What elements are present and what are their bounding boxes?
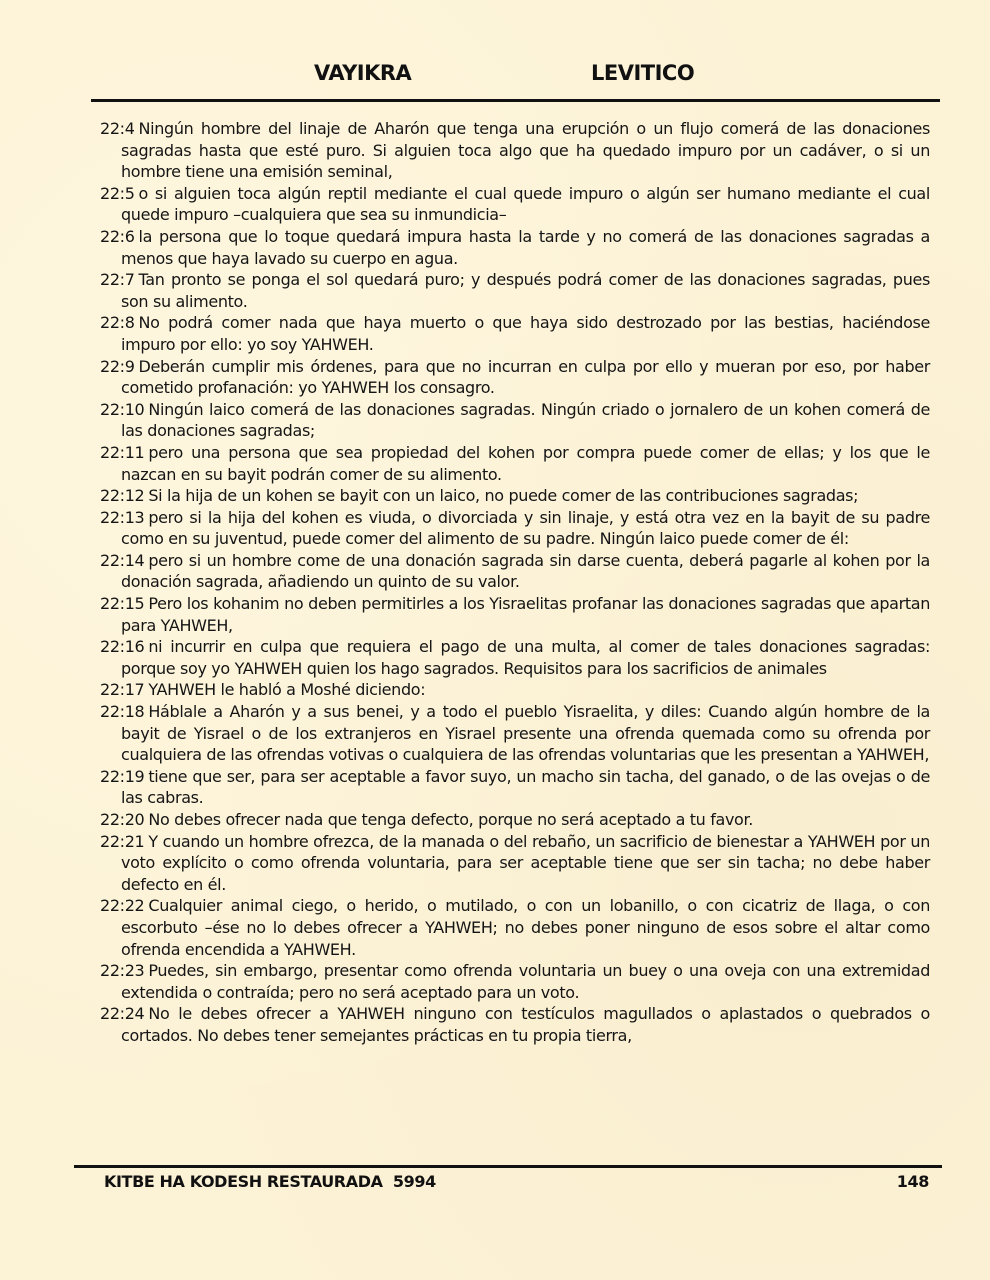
verse-number: 22:23 [100,961,144,980]
verse-22-24: 22:24No le debes ofrecer a YAHWEH ningun… [100,1003,930,1046]
verse-number: 22:15 [100,594,144,613]
verse-text: No le debes ofrecer a YAHWEH ninguno con… [121,1004,930,1045]
verse-22-19: 22:19tiene que ser, para ser aceptable a… [100,766,930,809]
verse-22-21: 22:21Y cuando un hombre ofrezca, de la m… [100,831,930,896]
verse-22-13: 22:13pero si la hija del kohen es viuda,… [100,507,930,550]
verse-text: Ningún laico comerá de las donaciones sa… [121,400,930,441]
verse-number: 22:16 [100,637,144,656]
verse-text: tiene que ser, para ser aceptable a favo… [121,767,930,808]
verse-number: 22:14 [100,551,144,570]
verse-22-14: 22:14pero si un hombre come de una donac… [100,550,930,593]
verse-number: 22:8 [100,313,135,332]
verse-number: 22:9 [100,357,135,376]
verse-number: 22:10 [100,400,144,419]
page-header: VAYIKRA LEVITICO [0,58,990,88]
verse-text: Cualquier animal ciego, o herido, o muti… [121,896,930,958]
header-divider [91,99,940,102]
verse-22-7: 22:7Tan pronto se ponga el sol quedará p… [100,269,930,312]
verse-text: la persona que lo toque quedará impura h… [121,227,930,268]
verse-number: 22:17 [100,680,144,699]
verse-text: Y cuando un hombre ofrezca, de la manada… [121,832,930,894]
verse-22-4: 22:4Ningún hombre del linaje de Aharón q… [100,118,930,183]
verse-number: 22:4 [100,119,135,138]
verse-text: pero una persona que sea propiedad del k… [121,443,930,484]
verse-22-10: 22:10Ningún laico comerá de las donacion… [100,399,930,442]
verse-number: 22:22 [100,896,144,915]
verse-text: No podrá comer nada que haya muerto o qu… [121,313,930,354]
verse-22-15: 22:15Pero los kohanim no deben permitirl… [100,593,930,636]
verse-text: Deberán cumplir mis órdenes, para que no… [121,357,930,398]
verse-number: 22:11 [100,443,144,462]
verse-text: Puedes, sin embargo, presentar como ofre… [121,961,930,1002]
verse-number: 22:20 [100,810,144,829]
verse-22-5: 22:5o si alguien toca algún reptil media… [100,183,930,226]
verse-22-17: 22:17YAHWEH le habló a Moshé diciendo: [100,679,930,701]
verse-list: 22:4Ningún hombre del linaje de Aharón q… [100,118,930,1047]
verse-text: Ningún hombre del linaje de Aharón que t… [121,119,930,181]
page-footer: KITBE HA KODESH RESTAURADA 5994 148 [0,1170,990,1194]
verse-22-8: 22:8No podrá comer nada que haya muerto … [100,312,930,355]
verse-number: 22:12 [100,486,144,505]
verse-text: Tan pronto se ponga el sol quedará puro;… [121,270,930,311]
verse-number: 22:7 [100,270,135,289]
verse-22-9: 22:9Deberán cumplir mis órdenes, para qu… [100,356,930,399]
verse-text: Háblale a Aharón y a sus benei, y a todo… [121,702,930,764]
verse-text: YAHWEH le habló a Moshé diciendo: [148,680,425,699]
verse-22-18: 22:18Háblale a Aharón y a sus benei, y a… [100,701,930,766]
verse-22-6: 22:6la persona que lo toque quedará impu… [100,226,930,269]
page-number: 148 [897,1170,929,1194]
footer-book-title: KITBE HA KODESH RESTAURADA 5994 [104,1170,436,1194]
verse-22-16: 22:16ni incurrir en culpa que requiera e… [100,636,930,679]
verse-22-12: 22:12Si la hija de un kohen se bayit con… [100,485,930,507]
header-title-hebrew: VAYIKRA [314,58,411,88]
verse-number: 22:13 [100,508,144,527]
verse-text: Pero los kohanim no deben permitirles a … [121,594,930,635]
verse-22-22: 22:22Cualquier animal ciego, o herido, o… [100,895,930,960]
verse-number: 22:5 [100,184,135,203]
verse-22-20: 22:20No debes ofrecer nada que tenga def… [100,809,930,831]
verse-number: 22:21 [100,832,144,851]
verse-text: o si alguien toca algún reptil mediante … [121,184,930,225]
verse-text: Si la hija de un kohen se bayit con un l… [148,486,858,505]
header-title-spanish: LEVITICO [591,58,694,88]
verse-text: pero si la hija del kohen es viuda, o di… [121,508,930,549]
verse-number: 22:18 [100,702,144,721]
footer-divider [74,1165,942,1168]
verse-text: pero si un hombre come de una donación s… [121,551,930,592]
verse-number: 22:24 [100,1004,144,1023]
verse-22-11: 22:11pero una persona que sea propiedad … [100,442,930,485]
document-page: VAYIKRA LEVITICO 22:4Ningún hombre del l… [0,0,990,1280]
verse-number: 22:19 [100,767,144,786]
verse-text: No debes ofrecer nada que tenga defecto,… [148,810,753,829]
verse-22-23: 22:23Puedes, sin embargo, presentar como… [100,960,930,1003]
verse-text: ni incurrir en culpa que requiera el pag… [121,637,930,678]
verse-number: 22:6 [100,227,135,246]
